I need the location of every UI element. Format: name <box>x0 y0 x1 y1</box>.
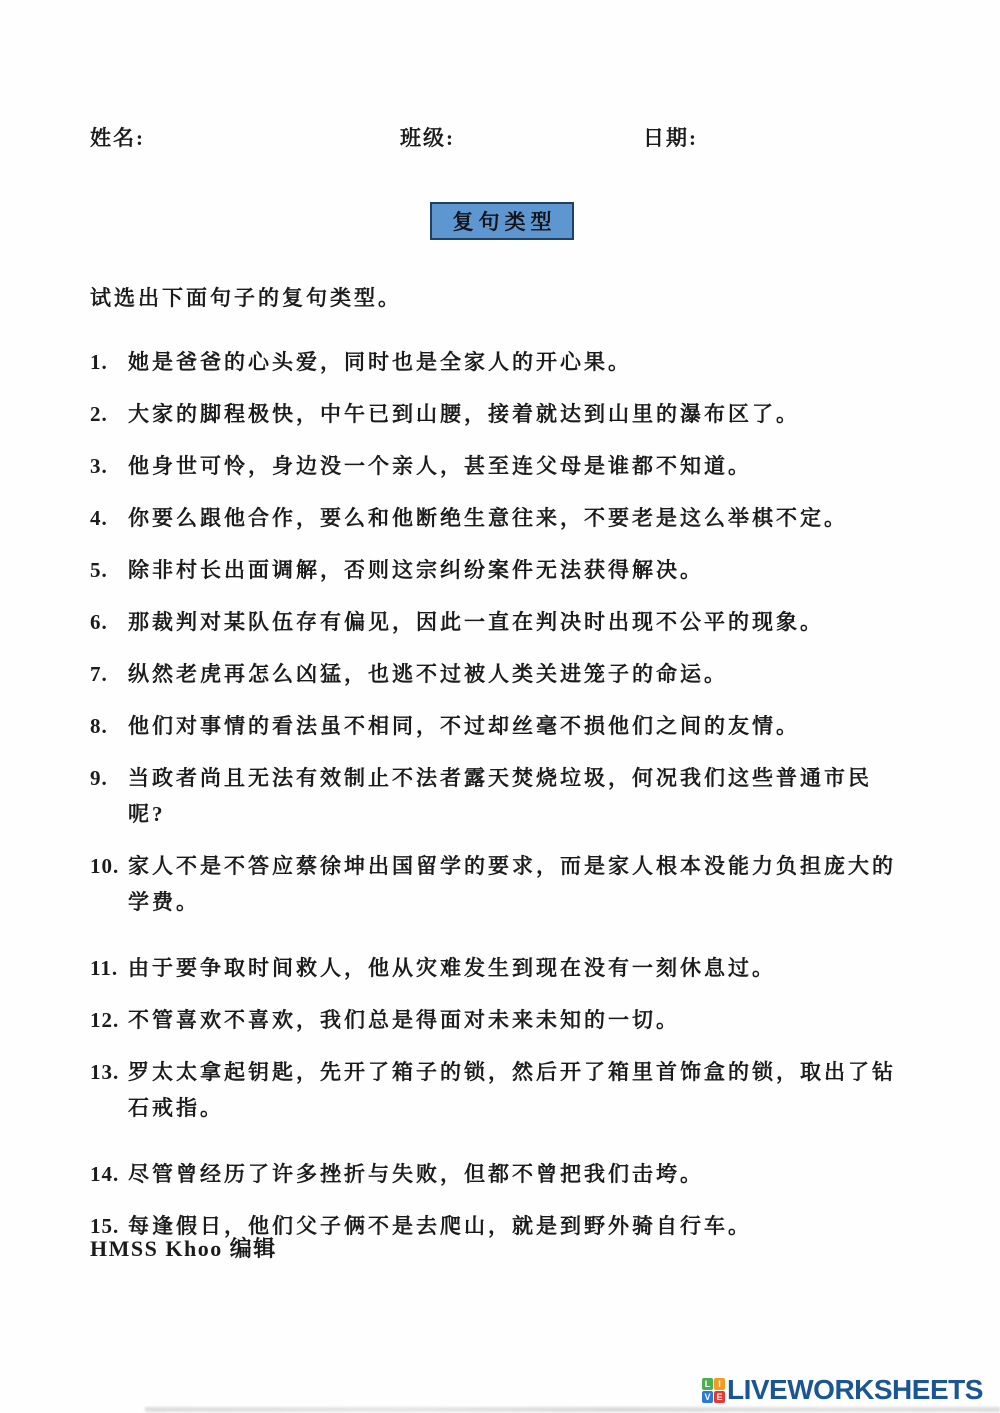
sentence-text: 罗太太拿起钥匙，先开了箱子的锁，然后开了箱里首饰盒的锁，取出了钻石戒指。 <box>128 1054 898 1126</box>
sentence-item: 5.除非村长出面调解，否则这宗纠纷案件无法获得解决。 <box>90 552 920 588</box>
sentence-text: 她是爸爸的心头爱，同时也是全家人的开心果。 <box>128 344 898 380</box>
sentence-text: 那裁判对某队伍存有偏见，因此一直在判决时出现不公平的现象。 <box>128 604 898 640</box>
sentence-item: 8.他们对事情的看法虽不相同，不过却丝毫不损他们之间的友情。 <box>90 708 920 744</box>
sentence-number: 4. <box>90 500 128 536</box>
sentence-list: 1.她是爸爸的心头爱，同时也是全家人的开心果。2.大家的脚程极快，中午已到山腰，… <box>90 344 920 1260</box>
sentence-number: 3. <box>90 448 128 484</box>
editor-credit: HMSS Khoo 编辑 <box>90 1232 277 1263</box>
sentence-number: 1. <box>90 344 128 380</box>
sentence-number: 6. <box>90 604 128 640</box>
sentence-text: 当政者尚且无法有效制止不法者露天焚烧垃圾，何况我们这些普通市民呢? <box>128 760 898 832</box>
sentence-item: 3.他身世可怜，身边没一个亲人，甚至连父母是谁都不知道。 <box>90 448 920 484</box>
sentence-text: 不管喜欢不喜欢，我们总是得面对未来未知的一切。 <box>128 1002 898 1038</box>
liveworksheets-logo-text: LIVEWORKSHEETS <box>727 1374 983 1406</box>
sentence-number: 9. <box>90 760 128 796</box>
liveworksheets-logo[interactable]: LIVE LIVEWORKSHEETS <box>702 1372 983 1408</box>
sentence-number: 12. <box>90 1002 128 1038</box>
sentence-item: 1.她是爸爸的心头爱，同时也是全家人的开心果。 <box>90 344 920 380</box>
liveworksheets-logo-icon: LIVE <box>702 1378 725 1403</box>
sentence-number: 14. <box>90 1156 128 1192</box>
sentence-number: 13. <box>90 1054 128 1090</box>
name-label: 姓名: <box>90 122 145 152</box>
sentence-text: 尽管曾经历了许多挫折与失败，但都不曾把我们击垮。 <box>128 1156 898 1192</box>
page-title: 复句类型 <box>448 206 557 236</box>
sentence-item: 7.纵然老虎再怎么凶猛，也逃不过被人类关进笼子的命运。 <box>90 656 920 692</box>
date-label: 日期: <box>643 122 698 152</box>
sentence-number: 11. <box>90 950 128 986</box>
sentence-item: 12.不管喜欢不喜欢，我们总是得面对未来未知的一切。 <box>90 1002 920 1038</box>
logo-square-l: L <box>702 1378 713 1390</box>
sentence-text: 由于要争取时间救人，他从灾难发生到现在没有一刻休息过。 <box>128 950 898 986</box>
worksheet-page: 姓名: 班级: 日期: 复句类型 试选出下面句子的复句类型。 1.她是爸爸的心头… <box>0 0 1000 1413</box>
sentence-number: 2. <box>90 396 128 432</box>
sentence-item: 2.大家的脚程极快，中午已到山腰，接着就达到山里的瀑布区了。 <box>90 396 920 432</box>
sentence-item: 14.尽管曾经历了许多挫折与失败，但都不曾把我们击垮。 <box>90 1156 920 1192</box>
sentence-text: 你要么跟他合作，要么和他断绝生意往来，不要老是这么举棋不定。 <box>128 500 898 536</box>
instruction-text: 试选出下面句子的复句类型。 <box>90 282 402 312</box>
sentence-number: 5. <box>90 552 128 588</box>
sentence-number: 10. <box>90 848 128 884</box>
sentence-item: 10.家人不是不答应蔡徐坤出国留学的要求，而是家人根本没能力负担庞大的学费。 <box>90 848 920 920</box>
sentence-number: 7. <box>90 656 128 692</box>
class-label: 班级: <box>400 122 455 152</box>
sentence-number: 8. <box>90 708 128 744</box>
sentence-text: 家人不是不答应蔡徐坤出国留学的要求，而是家人根本没能力负担庞大的学费。 <box>128 848 898 920</box>
sentence-text: 纵然老虎再怎么凶猛，也逃不过被人类关进笼子的命运。 <box>128 656 898 692</box>
sentence-text: 他身世可怜，身边没一个亲人，甚至连父母是谁都不知道。 <box>128 448 898 484</box>
sentence-item: 9.当政者尚且无法有效制止不法者露天焚烧垃圾，何况我们这些普通市民呢? <box>90 760 920 832</box>
sentence-item: 11.由于要争取时间救人，他从灾难发生到现在没有一刻休息过。 <box>90 950 920 986</box>
sentence-text: 他们对事情的看法虽不相同，不过却丝毫不损他们之间的友情。 <box>128 708 898 744</box>
sentence-item: 6.那裁判对某队伍存有偏见，因此一直在判决时出现不公平的现象。 <box>90 604 920 640</box>
logo-square-v: V <box>702 1391 713 1403</box>
sentence-item: 4.你要么跟他合作，要么和他断绝生意往来，不要老是这么举棋不定。 <box>90 500 920 536</box>
logo-square-e: E <box>714 1391 725 1403</box>
title-box: 复句类型 <box>430 202 574 240</box>
sentence-item: 13.罗太太拿起钥匙，先开了箱子的锁，然后开了箱里首饰盒的锁，取出了钻石戒指。 <box>90 1054 920 1126</box>
sentence-text: 除非村长出面调解，否则这宗纠纷案件无法获得解决。 <box>128 552 898 588</box>
logo-square-i: I <box>714 1378 725 1390</box>
sentence-text: 大家的脚程极快，中午已到山腰，接着就达到山里的瀑布区了。 <box>128 396 898 432</box>
